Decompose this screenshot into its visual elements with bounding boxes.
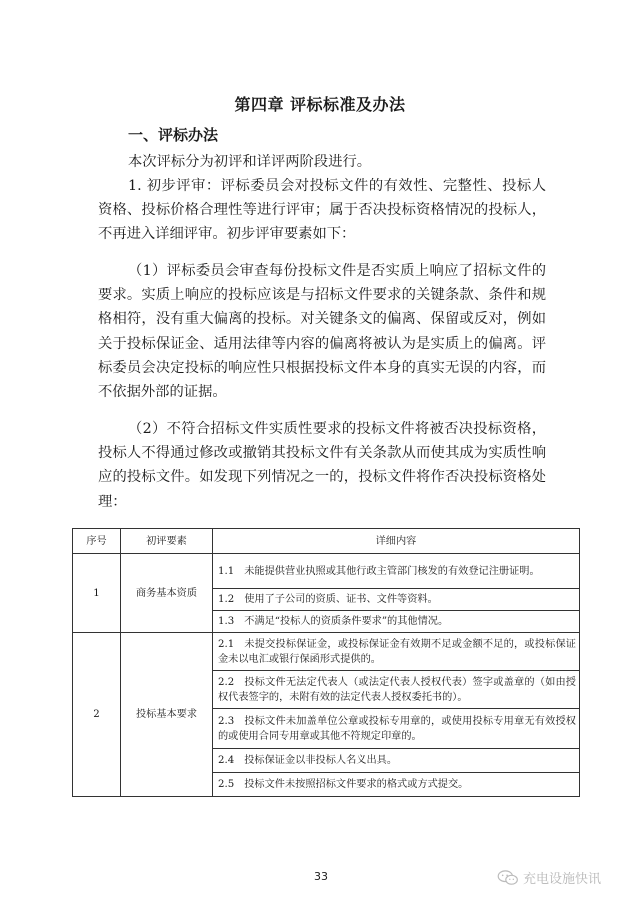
header-detail: 详细内容 bbox=[213, 529, 580, 554]
detail-cell: 1.1未能提供营业执照或其他行政主管部门核发的有效登记注册证明。 bbox=[213, 554, 580, 589]
group-no: 2 bbox=[73, 633, 121, 797]
paragraph-preliminary-review: 1. 初步评审：评标委员会对投标文件的有效性、完整性、投标人资格、投标价格合理性… bbox=[98, 174, 546, 247]
item-number: 2.3 bbox=[218, 716, 234, 727]
paragraph-rejection: （2）不符合招标文件实质性要求的投标文件将被否决投标资格，投标人不得通过修改或撤… bbox=[98, 417, 546, 514]
detail-cell: 2.3投标文件未加盖单位公章或投标专用章的，或使用投标专用章无有效授权的或使用合… bbox=[213, 709, 580, 749]
item-text: 投标文件无法定代表人（或法定代表人授权代表）签字或盖章的（如由授权代表签字的，未… bbox=[218, 677, 576, 703]
item-text: 投标文件未加盖单位公章或投标专用章的，或使用投标专用章无有效授权的或使用合同专用… bbox=[218, 716, 576, 742]
item-text: 投标文件未按照招标文件要求的格式或方式提交。 bbox=[244, 779, 468, 790]
section-heading: 一、评标办法 bbox=[128, 124, 218, 145]
item-number: 2.2 bbox=[218, 677, 234, 688]
paragraph-intro: 本次评标分为初评和详评两阶段进行。 bbox=[128, 150, 548, 174]
detail-cell: 2.1未提交投标保证金，或投标保证金有效期不足或金额不足的，或投标保证金未以电汇… bbox=[213, 633, 580, 671]
group-element: 商务基本资质 bbox=[121, 554, 213, 633]
wechat-icon bbox=[497, 870, 519, 886]
item-number: 2.5 bbox=[218, 779, 234, 790]
item-text: 不满足“投标人的资质条件要求”的其他情况。 bbox=[244, 616, 448, 627]
watermark: 充电设施快讯 bbox=[497, 868, 601, 887]
detail-cell: 2.2投标文件无法定代表人（或法定代表人授权代表）签字或盖章的（如由授权代表签字… bbox=[213, 671, 580, 709]
detail-cell: 2.4投标保证金以非投标人名义出具。 bbox=[213, 749, 580, 773]
item-number: 2.1 bbox=[218, 639, 234, 650]
header-element: 初评要素 bbox=[121, 529, 213, 554]
item-text: 未提交投标保证金，或投标保证金有效期不足或金额不足的，或投标保证金未以电汇或银行… bbox=[218, 639, 576, 665]
page-number: 33 bbox=[314, 870, 328, 883]
evaluation-table: 序号 初评要素 详细内容 1 商务基本资质 1.1未能提供营业执照或其他行政主管… bbox=[72, 528, 580, 797]
chapter-title: 第四章 评标标准及办法 bbox=[0, 92, 640, 115]
item-text: 投标保证金以非投标人名义出具。 bbox=[244, 755, 397, 766]
table-row: 1 商务基本资质 1.1未能提供营业执照或其他行政主管部门核发的有效登记注册证明… bbox=[73, 554, 580, 589]
table-row: 2 投标基本要求 2.1未提交投标保证金，或投标保证金有效期不足或金额不足的，或… bbox=[73, 633, 580, 671]
paragraph-responsiveness: （1）评标委员会审查每份投标文件是否实质上响应了招标文件的要求。实质上响应的投标… bbox=[98, 259, 546, 404]
item-text: 使用了子公司的资质、证书、文件等资料。 bbox=[244, 594, 438, 605]
item-number: 1.2 bbox=[218, 594, 234, 605]
document-page: 第四章 评标标准及办法 一、评标办法 本次评标分为初评和详评两阶段进行。 1. … bbox=[0, 0, 640, 905]
table-header-row: 序号 初评要素 详细内容 bbox=[73, 529, 580, 554]
item-number: 1.1 bbox=[218, 566, 234, 577]
detail-cell: 1.2使用了子公司的资质、证书、文件等资料。 bbox=[213, 589, 580, 611]
group-element: 投标基本要求 bbox=[121, 633, 213, 797]
header-no: 序号 bbox=[73, 529, 121, 554]
group-no: 1 bbox=[73, 554, 121, 633]
item-number: 2.4 bbox=[218, 755, 234, 766]
item-number: 1.3 bbox=[218, 616, 234, 627]
watermark-text: 充电设施快讯 bbox=[523, 868, 601, 887]
detail-cell: 2.5投标文件未按照招标文件要求的格式或方式提交。 bbox=[213, 773, 580, 797]
item-text: 未能提供营业执照或其他行政主管部门核发的有效登记注册证明。 bbox=[244, 566, 539, 577]
detail-cell: 1.3不满足“投标人的资质条件要求”的其他情况。 bbox=[213, 611, 580, 633]
